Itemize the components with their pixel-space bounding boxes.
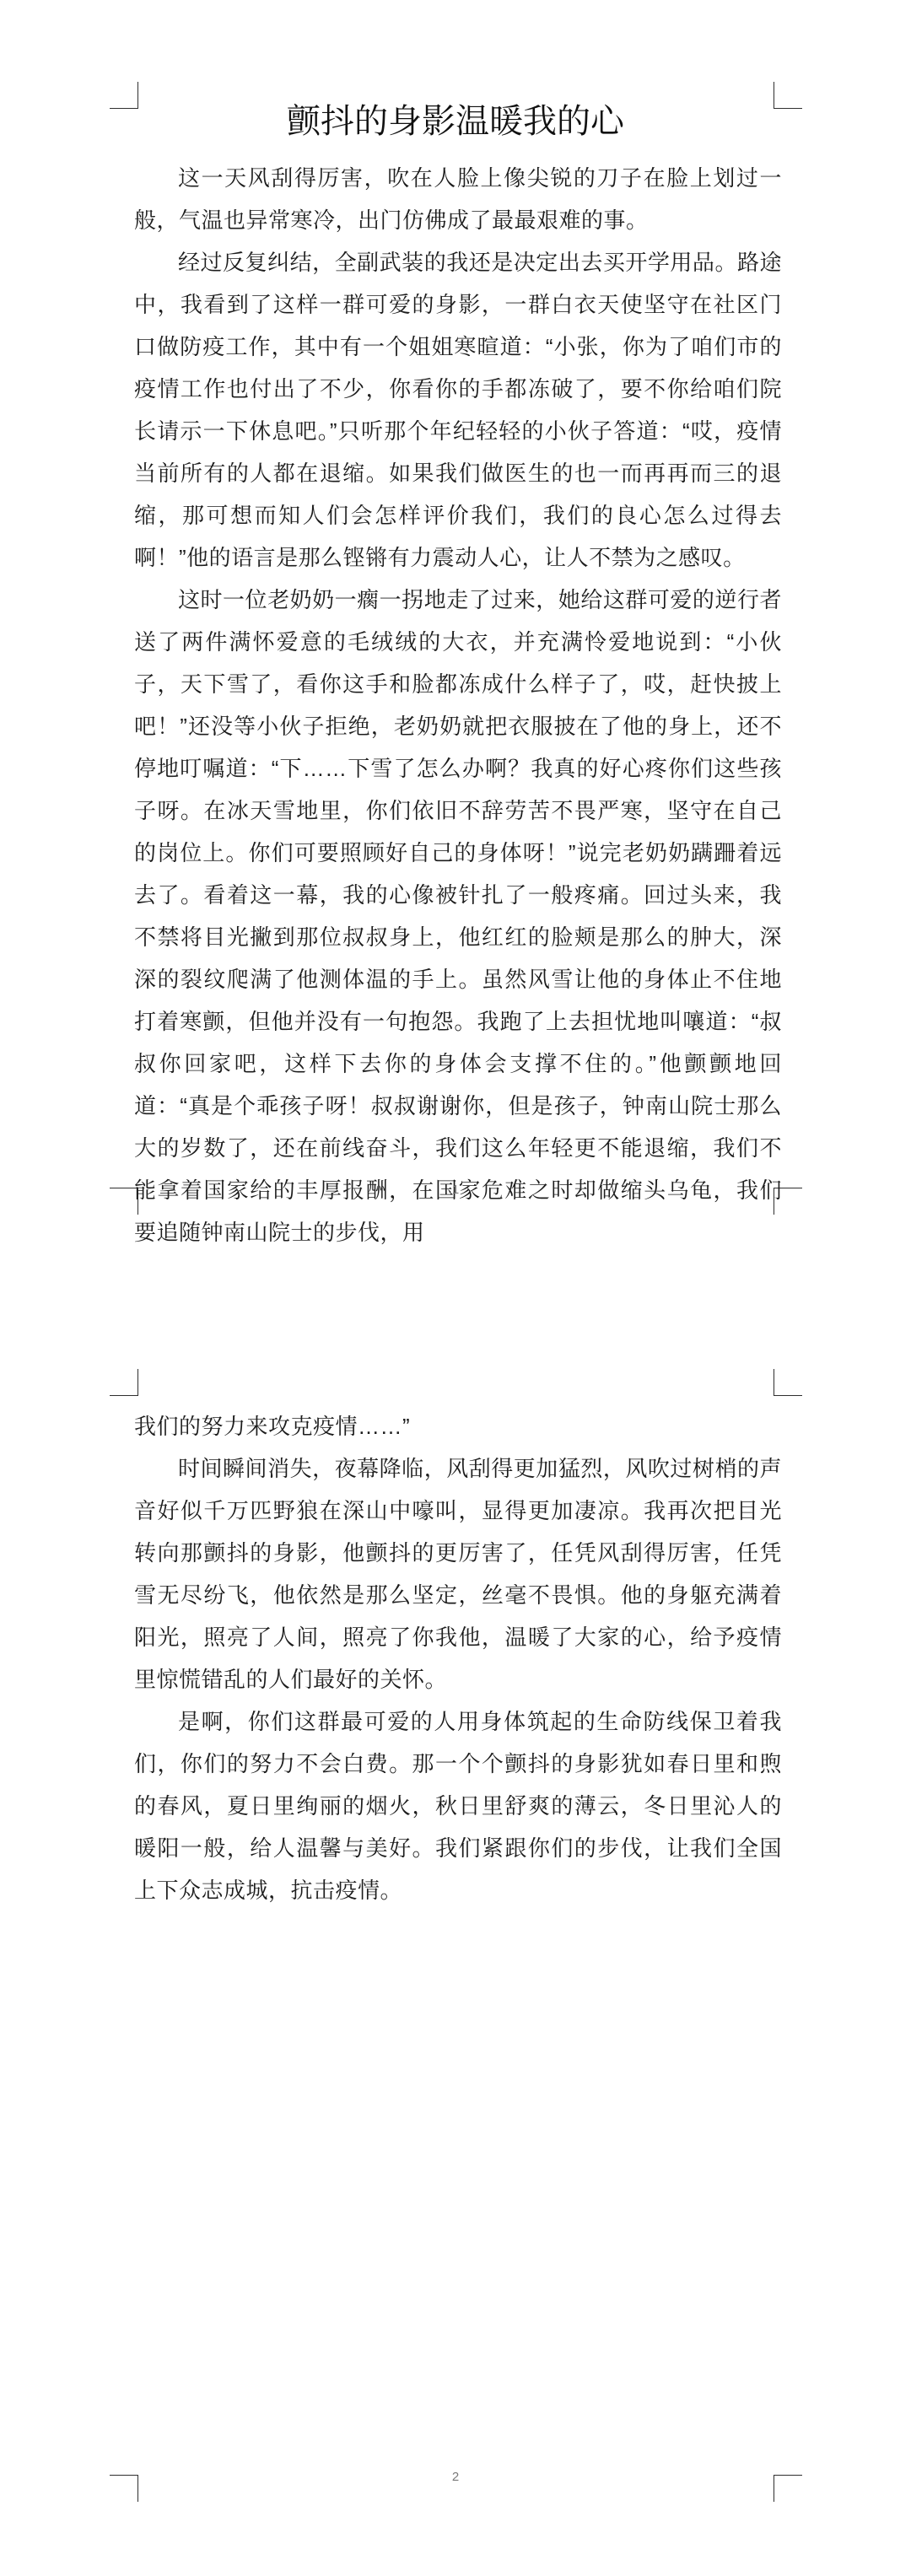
crop-mark-top-right bbox=[774, 1369, 802, 1396]
page-2: 我们的努力来攻克疫情……” 时间瞬间消失，夜幕降临，风刮得更加猛烈，风吹过树梢的… bbox=[0, 1287, 911, 2576]
page-1: 颤抖的身影温暖我的心 这一天风刮得厉害，吹在人脸上像尖锐的刀子在脸上划过一般，气… bbox=[0, 0, 911, 1287]
page-number: 2 bbox=[0, 2470, 911, 2484]
word-document: 颤抖的身影温暖我的心 这一天风刮得厉害，吹在人脸上像尖锐的刀子在脸上划过一般，气… bbox=[0, 0, 911, 2576]
page-1-body: 这一天风刮得厉害，吹在人脸上像尖锐的刀子在脸上划过一般，气温也异常寒冷，出门仿佛… bbox=[134, 157, 782, 1253]
crop-mark-top-left bbox=[110, 1369, 138, 1396]
paragraph: 这时一位老奶奶一瘸一拐地走了过来，她给这群可爱的逆行者送了两件满怀爱意的毛绒绒的… bbox=[134, 579, 782, 1253]
document-title: 颤抖的身影温暖我的心 bbox=[0, 100, 911, 143]
paragraph: 是啊，你们这群最可爱的人用身体筑起的生命防线保卫着我们，你们的努力不会白费。那一… bbox=[134, 1700, 782, 1911]
paragraph-continuation: 我们的努力来攻克疫情……” bbox=[134, 1405, 782, 1447]
paragraph: 时间瞬间消失，夜幕降临，风刮得更加猛烈，风吹过树梢的声音好似千万匹野狼在深山中嚎… bbox=[134, 1447, 782, 1700]
paragraph: 这一天风刮得厉害，吹在人脸上像尖锐的刀子在脸上划过一般，气温也异常寒冷，出门仿佛… bbox=[134, 157, 782, 241]
paragraph: 经过反复纠结，全副武装的我还是决定出去买开学用品。路途中，我看到了这样一群可爱的… bbox=[134, 241, 782, 579]
page-2-body: 我们的努力来攻克疫情……” 时间瞬间消失，夜幕降临，风刮得更加猛烈，风吹过树梢的… bbox=[134, 1405, 782, 1911]
page-number: 1 bbox=[0, 1183, 911, 1197]
